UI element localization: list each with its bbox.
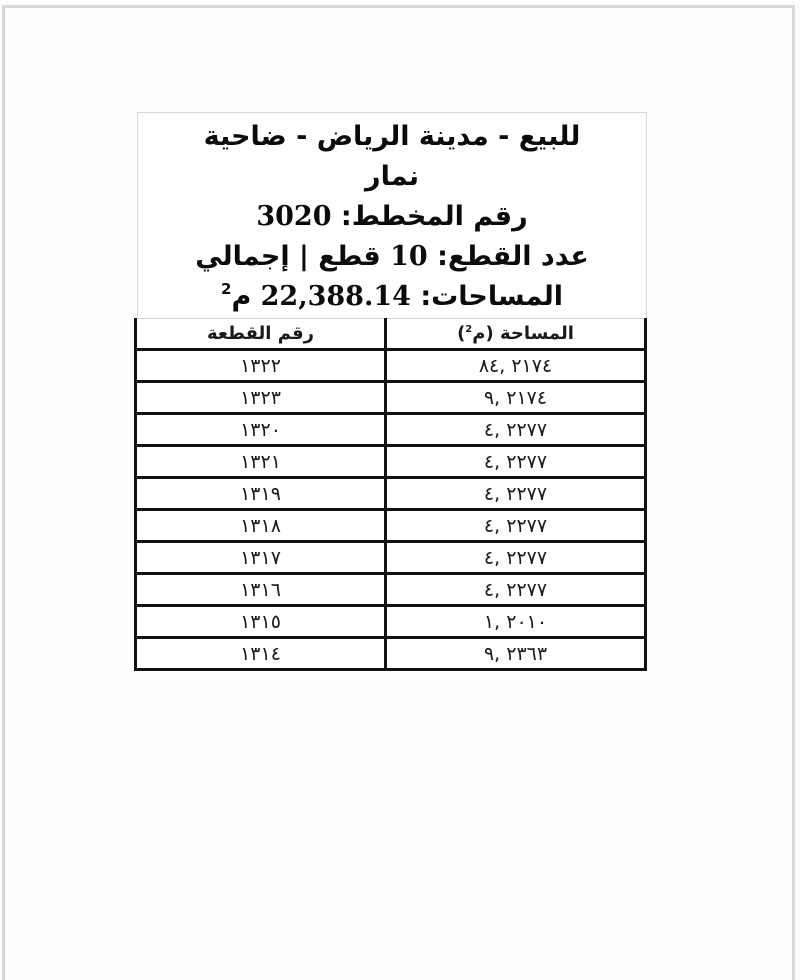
title-box: للبيع - مدينة الرياض - ضاحية نمار رقم ال… — [137, 112, 647, 318]
title-line-4: عدد القطع: 10 قطع | إجمالي — [138, 237, 646, 277]
total-area-value: 22,388.14 — [261, 281, 411, 312]
area-cell: ٢٢٧٧ ,٤ — [386, 446, 646, 478]
table-row: ٢١٧٤ ,٩ ١٣٢٣ — [136, 382, 646, 414]
plot-number-cell: ١٣١٥ — [136, 606, 386, 638]
title-line-1: للبيع - مدينة الرياض - ضاحية — [138, 117, 646, 157]
column-header-area: المساحة (م2) — [386, 319, 646, 350]
total-area-unit: م2 — [221, 281, 251, 312]
table-row: ٢١٧٤ ,٨٤ ١٣٢٢ — [136, 350, 646, 382]
table-header-row: المساحة (م2) رقم القطعة — [136, 319, 646, 350]
plot-number-cell: ١٣٢١ — [136, 446, 386, 478]
area-cell: ٢١٧٤ ,٩ — [386, 382, 646, 414]
title-line-2: نمار — [138, 157, 646, 197]
plot-number-cell: ١٣١٨ — [136, 510, 386, 542]
table-row: ٢٢٧٧ ,٤ ١٣١٧ — [136, 542, 646, 574]
document: للبيع - مدينة الرياض - ضاحية نمار رقم ال… — [137, 112, 647, 671]
plot-number-cell: ١٣٢٢ — [136, 350, 386, 382]
plot-number-cell: ١٣١٤ — [136, 638, 386, 670]
area-cell: ٢٢٧٧ ,٤ — [386, 510, 646, 542]
table-row: ٢٢٧٧ ,٤ ١٣٢١ — [136, 446, 646, 478]
title-location: للبيع - مدينة الرياض - ضاحية — [204, 121, 581, 152]
plot-number-cell: ١٣١٦ — [136, 574, 386, 606]
table-row: ٢٢٧٧ ,٤ ١٣١٦ — [136, 574, 646, 606]
area-cell: ٢٢٧٧ ,٤ — [386, 414, 646, 446]
plots-table: المساحة (م2) رقم القطعة ٢١٧٤ ,٨٤ ١٣٢٢ ٢١… — [134, 318, 647, 671]
title-line-3: رقم المخطط: 3020 — [138, 197, 646, 237]
area-cell: ٢٣٦٣ ,٩ — [386, 638, 646, 670]
area-cell: ٢٢٧٧ ,٤ — [386, 574, 646, 606]
title-district: نمار — [365, 161, 419, 192]
plot-count-label: عدد القطع: — [437, 241, 589, 272]
plot-number-cell: ١٣٢٣ — [136, 382, 386, 414]
plot-number-cell: ١٣١٧ — [136, 542, 386, 574]
title-line-5: المساحات: 22,388.14 م2 — [138, 277, 646, 317]
table-row: ٢٠١٠ ,١ ١٣١٥ — [136, 606, 646, 638]
area-cell: ٢٠١٠ ,١ — [386, 606, 646, 638]
plot-number-cell: ١٣٢٠ — [136, 414, 386, 446]
plot-number-cell: ١٣١٩ — [136, 478, 386, 510]
plot-count-value: 10 — [390, 241, 428, 272]
area-cell: ٢٢٧٧ ,٤ — [386, 542, 646, 574]
plan-number-label: رقم المخطط: — [341, 201, 528, 232]
table-row: ٢٢٧٧ ,٤ ١٣١٩ — [136, 478, 646, 510]
plan-number-value: 3020 — [256, 201, 331, 232]
table-row: ٢٢٧٧ ,٤ ١٣١٨ — [136, 510, 646, 542]
area-cell: ٢٢٧٧ ,٤ — [386, 478, 646, 510]
area-cell: ٢١٧٤ ,٨٤ — [386, 350, 646, 382]
total-area-label: المساحات: — [420, 281, 563, 312]
plot-count-suffix: قطع | إجمالي — [195, 241, 381, 272]
column-header-plot-number: رقم القطعة — [136, 319, 386, 350]
table-row: ٢٢٧٧ ,٤ ١٣٢٠ — [136, 414, 646, 446]
table-row: ٢٣٦٣ ,٩ ١٣١٤ — [136, 638, 646, 670]
